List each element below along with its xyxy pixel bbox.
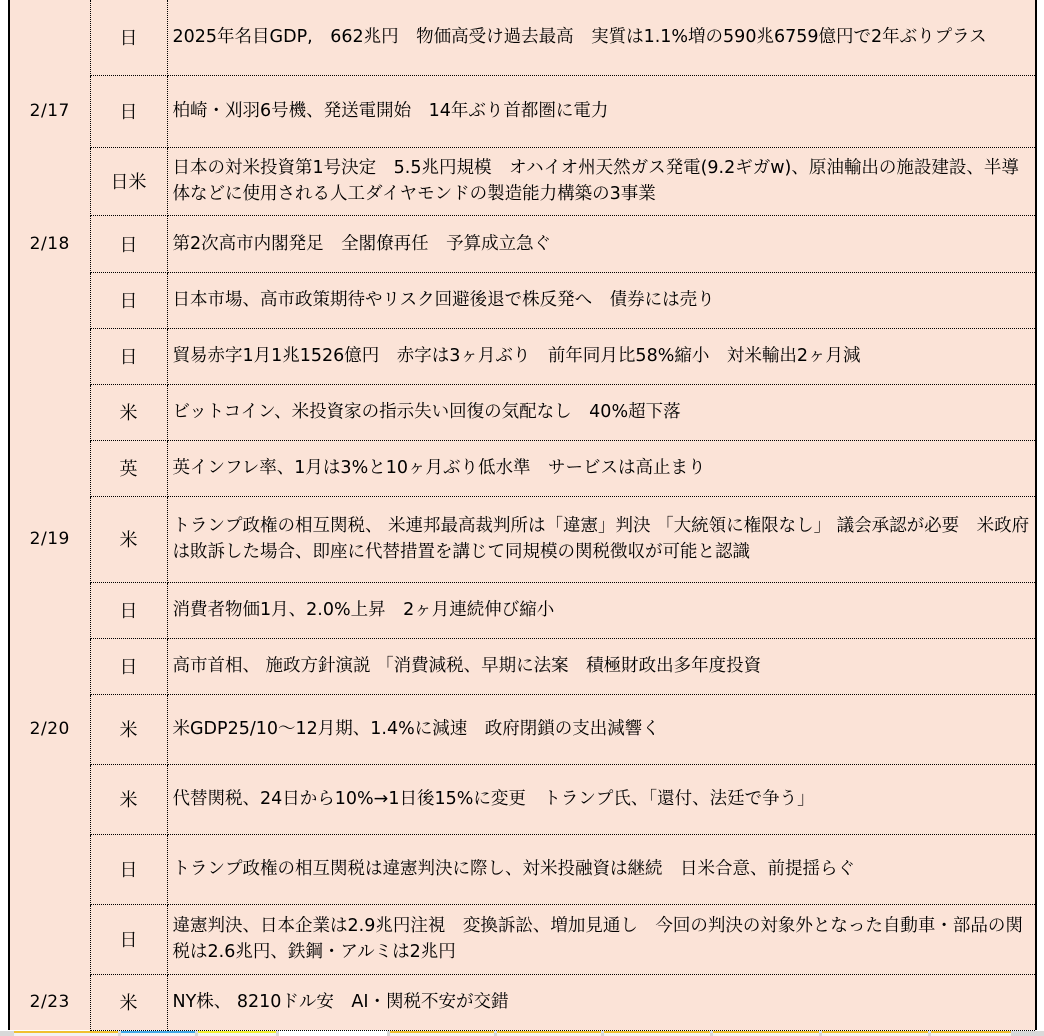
sheet-tab[interactable] bbox=[279, 1031, 387, 1036]
date-cell[interactable]: 2/23 bbox=[10, 974, 90, 1030]
region-cell[interactable]: 米 bbox=[90, 384, 167, 440]
date-cell[interactable] bbox=[10, 147, 90, 215]
region-cell[interactable]: 日 bbox=[90, 328, 167, 384]
headline-cell[interactable]: 高市首相、 施政方針演説 「消費減税、早期に法案 積極財政出多年度投資 bbox=[167, 638, 1035, 694]
headline-cell[interactable]: ビットコイン、米投資家の指示失い回復の気配なし 40%超下落 bbox=[167, 384, 1035, 440]
headline-cell[interactable]: 米GDP25/10～12月期、1.4%に減速 政府閉鎖の支出減響く bbox=[167, 694, 1035, 764]
date-cell[interactable]: 2/18 bbox=[10, 215, 90, 272]
news-table: 日2025年名目GDP, 662兆円 物価高受け過去最高 実質は1.1%増の59… bbox=[10, 0, 1035, 1031]
region-cell[interactable]: 日米 bbox=[90, 147, 167, 215]
spreadsheet-grid: 日2025年名目GDP, 662兆円 物価高受け過去最高 実質は1.1%増の59… bbox=[8, 0, 1037, 1030]
region-cell[interactable]: 米 bbox=[90, 694, 167, 764]
table-row: 米代替関税、24日から10%→1日後15%に変更 トランプ氏、「還付、法廷で争う… bbox=[10, 764, 1035, 834]
region-cell[interactable]: 日 bbox=[90, 904, 167, 974]
headline-cell[interactable]: 柏崎・刈羽6号機、発送電開始 14年ぶり首都圏に電力 bbox=[167, 75, 1035, 147]
table-row: 2/17日柏崎・刈羽6号機、発送電開始 14年ぶり首都圏に電力 bbox=[10, 75, 1035, 147]
region-cell[interactable]: 米 bbox=[90, 764, 167, 834]
headline-cell[interactable]: 日本の対米投資第1号決定 5.5兆円規模 オハイオ州天然ガス発電(9.2ギガw)… bbox=[167, 147, 1035, 215]
headline-cell[interactable]: 貿易赤字1月1兆1526億円 赤字は3ヶ月ぶり 前年同月比58%縮小 対米輸出2… bbox=[167, 328, 1035, 384]
sheet-tab[interactable] bbox=[121, 1031, 195, 1036]
region-cell[interactable]: 日 bbox=[90, 272, 167, 328]
sheet-tab[interactable] bbox=[604, 1031, 710, 1036]
table-row: 日高市首相、 施政方針演説 「消費減税、早期に法案 積極財政出多年度投資 bbox=[10, 638, 1035, 694]
table-row: 日消費者物価1月、2.0%上昇 2ヶ月連続伸び縮小 bbox=[10, 582, 1035, 638]
headline-cell[interactable]: トランプ政権の相互関税、 米連邦最高裁判所は「違憲」判決 「大統領に権限なし」 … bbox=[167, 496, 1035, 582]
sheet-tab[interactable] bbox=[14, 1031, 118, 1036]
headline-cell[interactable]: 英インフレ率、1月は3%と10ヶ月ぶり低水準 サービスは高止まり bbox=[167, 440, 1035, 496]
sheet-tab[interactable] bbox=[822, 1031, 928, 1036]
date-cell[interactable] bbox=[10, 638, 90, 694]
date-cell[interactable] bbox=[10, 328, 90, 384]
date-cell[interactable] bbox=[10, 764, 90, 834]
table-row: 日貿易赤字1月1兆1526億円 赤字は3ヶ月ぶり 前年同月比58%縮小 対米輸出… bbox=[10, 328, 1035, 384]
sheet-tab[interactable] bbox=[390, 1031, 494, 1036]
region-cell[interactable]: 日 bbox=[90, 638, 167, 694]
headline-cell[interactable]: 代替関税、24日から10%→1日後15%に変更 トランプ氏、「還付、法廷で争う」 bbox=[167, 764, 1035, 834]
sheet-tab[interactable] bbox=[497, 1031, 601, 1036]
table-row: 日米日本の対米投資第1号決定 5.5兆円規模 オハイオ州天然ガス発電(9.2ギガ… bbox=[10, 147, 1035, 215]
headline-cell[interactable]: 消費者物価1月、2.0%上昇 2ヶ月連続伸び縮小 bbox=[167, 582, 1035, 638]
date-cell[interactable] bbox=[10, 384, 90, 440]
table-row: 米ビットコイン、米投資家の指示失い回復の気配なし 40%超下落 bbox=[10, 384, 1035, 440]
headline-cell[interactable]: 2025年名目GDP, 662兆円 物価高受け過去最高 実質は1.1%増の590… bbox=[167, 0, 1035, 75]
region-cell[interactable]: 日 bbox=[90, 0, 167, 75]
headline-cell[interactable]: 日本市場、高市政策期待やリスク回避後退で株反発へ 債券には売り bbox=[167, 272, 1035, 328]
news-table-body: 日2025年名目GDP, 662兆円 物価高受け過去最高 実質は1.1%増の59… bbox=[10, 0, 1035, 1030]
table-row: 2/19米トランプ政権の相互関税、 米連邦最高裁判所は「違憲」判決 「大統領に権… bbox=[10, 496, 1035, 582]
table-row: 2/18日第2次高市内閣発足 全閣僚再任 予算成立急ぐ bbox=[10, 215, 1035, 272]
table-row: 2/23米NY株、 8210ドル安 AI・関税不安が交錯 bbox=[10, 974, 1035, 1030]
date-cell[interactable] bbox=[10, 582, 90, 638]
region-cell[interactable]: 日 bbox=[90, 834, 167, 904]
date-cell[interactable] bbox=[10, 440, 90, 496]
headline-cell[interactable]: NY株、 8210ドル安 AI・関税不安が交錯 bbox=[167, 974, 1035, 1030]
region-cell[interactable]: 米 bbox=[90, 496, 167, 582]
region-cell[interactable]: 英 bbox=[90, 440, 167, 496]
date-cell[interactable]: 2/19 bbox=[10, 496, 90, 582]
sheet-tab[interactable] bbox=[931, 1031, 1011, 1036]
headline-cell[interactable]: トランプ政権の相互関税は違憲判決に際し、対米投融資は継続 日米合意、前提揺らぐ bbox=[167, 834, 1035, 904]
table-row: 日違憲判決、日本企業は2.9兆円注視 変換訴訟、増加見通し 今回の判決の対象外と… bbox=[10, 904, 1035, 974]
table-row: 日トランプ政権の相互関税は違憲判決に際し、対米投融資は継続 日米合意、前提揺らぐ bbox=[10, 834, 1035, 904]
region-cell[interactable]: 日 bbox=[90, 75, 167, 147]
date-cell[interactable] bbox=[10, 904, 90, 974]
table-row: 日2025年名目GDP, 662兆円 物価高受け過去最高 実質は1.1%増の59… bbox=[10, 0, 1035, 75]
table-row: 英英インフレ率、1月は3%と10ヶ月ぶり低水準 サービスは高止まり bbox=[10, 440, 1035, 496]
date-cell[interactable] bbox=[10, 272, 90, 328]
sheet-tab[interactable] bbox=[198, 1031, 276, 1036]
sheet-tab[interactable] bbox=[713, 1031, 819, 1036]
table-row: 日日本市場、高市政策期待やリスク回避後退で株反発へ 債券には売り bbox=[10, 272, 1035, 328]
region-cell[interactable]: 米 bbox=[90, 974, 167, 1030]
region-cell[interactable]: 日 bbox=[90, 215, 167, 272]
date-cell[interactable] bbox=[10, 834, 90, 904]
headline-cell[interactable]: 第2次高市内閣発足 全閣僚再任 予算成立急ぐ bbox=[167, 215, 1035, 272]
region-cell[interactable]: 日 bbox=[90, 582, 167, 638]
date-cell[interactable]: 2/17 bbox=[10, 75, 90, 147]
sheet-tab-bar bbox=[0, 1031, 1044, 1036]
date-cell[interactable]: 2/20 bbox=[10, 694, 90, 764]
table-row: 2/20米米GDP25/10～12月期、1.4%に減速 政府閉鎖の支出減響く bbox=[10, 694, 1035, 764]
headline-cell[interactable]: 違憲判決、日本企業は2.9兆円注視 変換訴訟、増加見通し 今回の判決の対象外とな… bbox=[167, 904, 1035, 974]
date-cell[interactable] bbox=[10, 0, 90, 75]
